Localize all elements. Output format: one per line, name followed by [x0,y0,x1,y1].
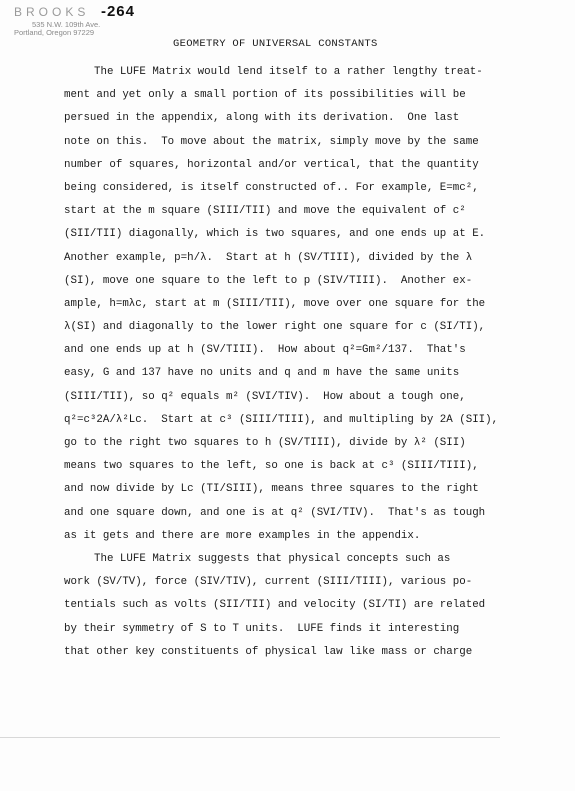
scan-edge-line [0,737,500,738]
text-line: means two squares to the left, so one is… [64,455,544,478]
text-line: ample, h=mλc, start at m (SIII/TII), mov… [64,293,544,316]
text-line: being considered, is itself constructed … [64,177,544,200]
text-line: note on this. To move about the matrix, … [64,131,544,154]
text-line: q²=c³2A/λ²Lc. Start at c³ (SIII/TIII), a… [64,409,544,432]
text-line: and one square down, and one is at q² (S… [64,502,544,525]
text-line: that other key constituents of physical … [64,641,544,664]
text-line: λ(SI) and diagonally to the lower right … [64,316,544,339]
paragraph-1: The LUFE Matrix would lend itself to a r… [64,61,544,548]
text-line: easy, G and 137 have no units and q and … [64,362,544,385]
text-line: (SIII/TII), so q² equals m² (SVI/TIV). H… [64,386,544,409]
text-line: (SII/TII) diagonally, which is two squar… [64,223,544,246]
paragraph-2: The LUFE Matrix suggests that physical c… [64,548,544,664]
text-line: start at the m square (SIII/TII) and mov… [64,200,544,223]
text-line: by their symmetry of S to T units. LUFE … [64,618,544,641]
text-line: The LUFE Matrix suggests that physical c… [64,548,544,571]
text-line: work (SV/TV), force (SIV/TIV), current (… [64,571,544,594]
text-line: Another example, p=h/λ. Start at h (SV/T… [64,247,544,270]
stamp-name: BROOKS [14,5,89,19]
text-line: number of squares, horizontal and/or ver… [64,154,544,177]
text-line: as it gets and there are more examples i… [64,525,544,548]
document-body: The LUFE Matrix would lend itself to a r… [64,61,544,664]
stamp-city: Portland, Oregon 97229 [14,29,135,37]
text-line: ment and yet only a small portion of its… [64,84,544,107]
text-line: The LUFE Matrix would lend itself to a r… [64,61,544,84]
text-line: (SI), move one square to the left to p (… [64,270,544,293]
text-line: and one ends up at h (SV/TIII). How abou… [64,339,544,362]
text-line: go to the right two squares to h (SV/TII… [64,432,544,455]
text-line: tentials such as volts (SII/TII) and vel… [64,594,544,617]
text-line: and now divide by Lc (TI/SIII), means th… [64,478,544,501]
text-line: persued in the appendix, along with its … [64,107,544,130]
sender-stamp: BROOKS -264 535 N.W. 109th Ave. Portland… [14,4,135,37]
document-title: GEOMETRY OF UNIVERSAL CONSTANTS [173,38,378,50]
page-number: -264 [101,3,135,20]
